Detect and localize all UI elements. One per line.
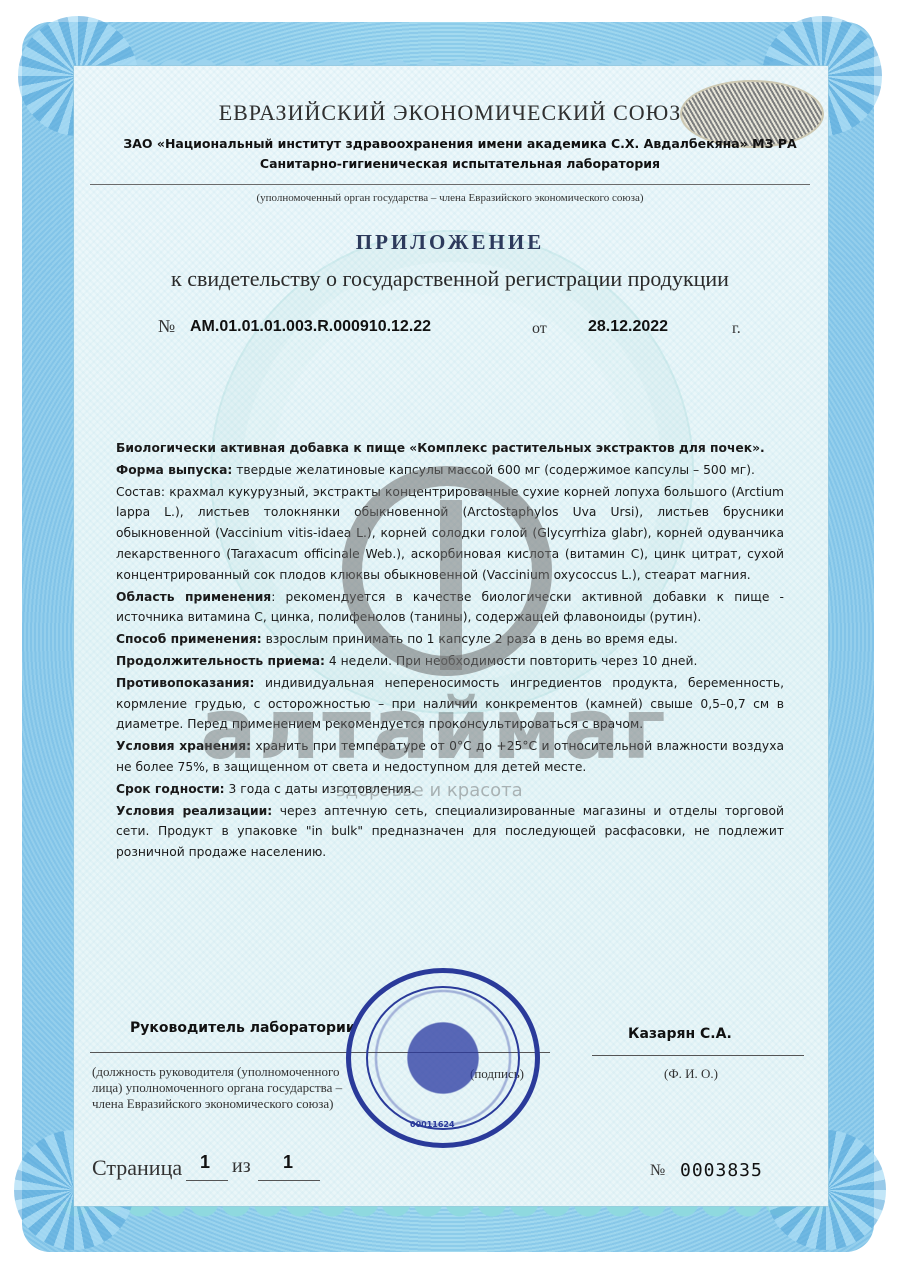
stamp-number: 00011624 [410, 1120, 455, 1129]
section-label: Срок годности: [116, 782, 225, 796]
name-line [592, 1055, 804, 1056]
serial-number: 0003835 [680, 1160, 763, 1181]
serial-sign: № [650, 1162, 665, 1180]
signatory-name: Казарян С.А. [628, 1026, 732, 1042]
page-current: 1 [200, 1152, 210, 1173]
institute-name: ЗАО «Национальный институт здравоохранен… [110, 136, 810, 151]
watermark-brand: алтаймаг [200, 680, 668, 778]
year-suffix: г. [732, 320, 741, 338]
section-text: 4 недели. При необходимости повторить че… [325, 654, 697, 668]
header-divider [90, 184, 810, 185]
section-label: Продолжительность приема: [116, 654, 325, 668]
watermark-logo-stem [440, 500, 462, 670]
section-label: Область применения [116, 590, 271, 604]
name-caption: (Ф. И. О.) [664, 1066, 718, 1082]
number-sign: № [158, 316, 175, 337]
laboratory-name: Санитарно-гигиеническая испытательная ла… [110, 156, 810, 171]
from-label: от [532, 320, 547, 338]
page-total: 1 [283, 1152, 293, 1173]
section-label: Способ применения: [116, 632, 262, 646]
section-label: Состав: [116, 485, 165, 499]
section-item: Условия реализации: через аптечную сеть,… [116, 801, 784, 863]
registration-number: AM.01.01.01.003.R.000910.12.22 [190, 318, 431, 336]
stamp-inner-ring [366, 986, 520, 1130]
authority-note: (уполномоченный орган государства – член… [0, 192, 900, 204]
page-subtitle: к свидетельству о государственной регист… [0, 266, 900, 292]
role-caption: (должность руководителя (уполномоченного… [92, 1064, 372, 1112]
page-total-line [258, 1180, 320, 1181]
section-label: Форма выпуска: [116, 463, 232, 477]
signatory-role: Руководитель лаборатории [130, 1020, 356, 1036]
page-label: Страница [92, 1155, 182, 1181]
page-current-line [186, 1180, 228, 1181]
union-heading: ЕВРАЗИЙСКИЙ ЭКОНОМИЧЕСКИЙ СОЮЗ [0, 100, 900, 126]
page-title: ПРИЛОЖЕНИЕ [0, 230, 900, 255]
product-name: Биологически активная добавка к пище «Ко… [116, 438, 784, 459]
watermark-tagline: здоровье и красота [336, 780, 523, 801]
section-label: Условия реализации: [116, 804, 272, 818]
section-text: твердые желатиновые капсулы массой 600 м… [232, 463, 755, 477]
of-label: из [232, 1155, 251, 1178]
registration-date: 28.12.2022 [588, 318, 668, 336]
